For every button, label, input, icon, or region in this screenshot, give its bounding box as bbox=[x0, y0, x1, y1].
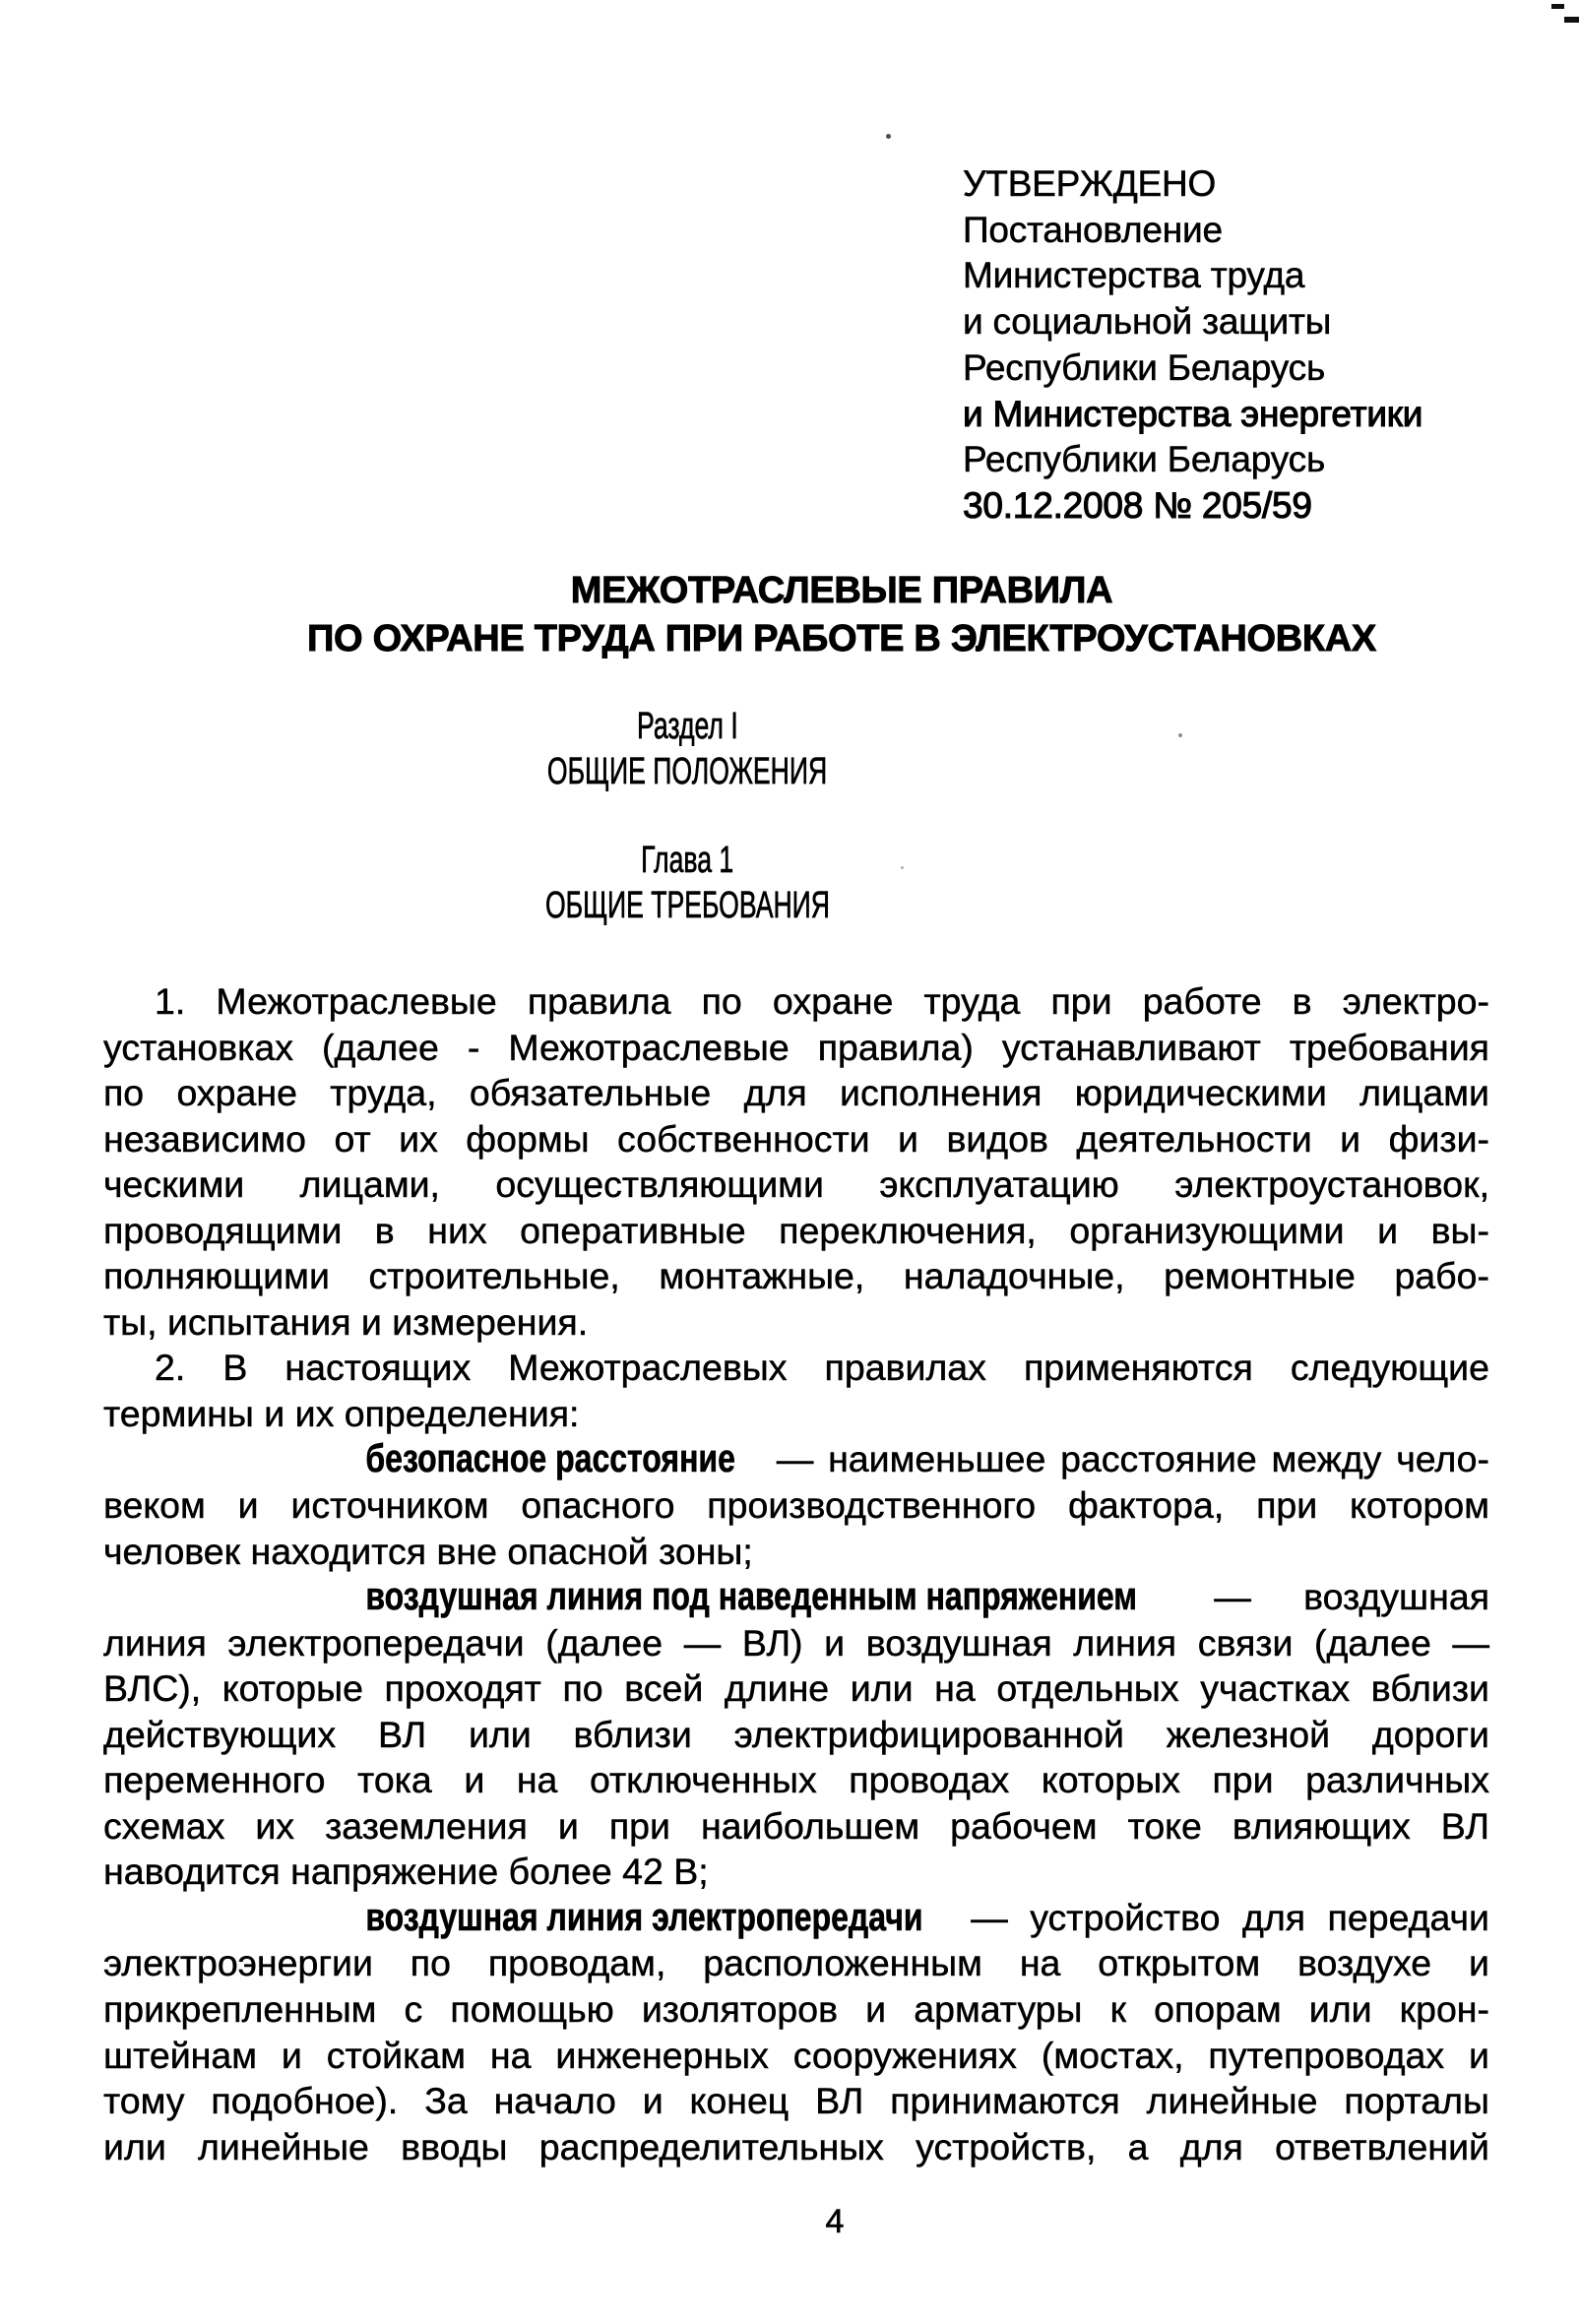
body-line: переменного тока и на отключенных провод… bbox=[103, 1757, 1489, 1803]
body-line: безопасное расстояние — наименьшее расст… bbox=[103, 1436, 1489, 1482]
body-line: человек находится вне опасной зоны; bbox=[103, 1529, 1489, 1575]
body-line: воздушная линия под наведенным напряжени… bbox=[103, 1574, 1489, 1620]
body-text: по охране труда, обязательные для исполн… bbox=[103, 1072, 1489, 1113]
body-line: термины и их определения: bbox=[103, 1391, 1489, 1437]
body-text: — наименьшее расстояние между чело- bbox=[762, 1438, 1489, 1479]
approval-line-date-number: 30.12.2008 № 205/59 bbox=[963, 483, 1422, 530]
section-label-text: Раздел I bbox=[637, 705, 738, 750]
document-body: 1. Межотраслевые правила по охране труда… bbox=[103, 978, 1489, 2169]
body-line: ты, испытания и измерения. bbox=[103, 1299, 1489, 1346]
body-line: проводящими в них оперативные переключен… bbox=[103, 1208, 1489, 1254]
body-text: ты, испытания и измерения. bbox=[103, 1301, 588, 1343]
body-line: воздушная линия электропередачи — устрой… bbox=[103, 1895, 1489, 1941]
chapter-label: Глава 1 bbox=[0, 839, 1374, 884]
section-title: ОБЩИЕ ПОЛОЖЕНИЯ bbox=[0, 750, 1374, 795]
scanned-document-page: УТВЕРЖДЕНО Постановление Министерства тр… bbox=[0, 0, 1580, 2324]
body-text: электроэнергии по проводам, расположенны… bbox=[103, 1942, 1489, 1983]
body-line: линия электропередачи (далее — ВЛ) и воз… bbox=[103, 1620, 1489, 1666]
body-text: 2. В настоящих Межотраслевых правилах пр… bbox=[155, 1347, 1489, 1388]
approval-line: и Министерства энергетики bbox=[963, 392, 1422, 438]
body-line: действующих ВЛ или вблизи электрифициров… bbox=[103, 1712, 1489, 1758]
approval-line: и социальной защиты bbox=[963, 299, 1422, 345]
body-line: ВЛС), которые проходят по всей длине или… bbox=[103, 1665, 1489, 1712]
body-line: электроэнергии по проводам, расположенны… bbox=[103, 1940, 1489, 1986]
body-text: переменного тока и на отключенных провод… bbox=[103, 1759, 1489, 1800]
body-text: проводящими в них оперативные переключен… bbox=[103, 1210, 1489, 1251]
defined-term: безопасное расстояние bbox=[249, 1436, 735, 1482]
section-heading: Раздел I ОБЩИЕ ПОЛОЖЕНИЯ bbox=[0, 705, 1374, 794]
scan-artifact-dash bbox=[1551, 4, 1564, 9]
body-text: полняющими строительные, монтажные, нала… bbox=[103, 1255, 1489, 1296]
body-text: прикрепленным с помощью изоляторов и арм… bbox=[103, 1988, 1489, 2030]
document-title-line: ПО ОХРАНЕ ТРУДА ПРИ РАБОТЕ В ЭЛЕКТРОУСТА… bbox=[148, 615, 1536, 663]
chapter-title: ОБЩИЕ ТРЕБОВАНИЯ bbox=[0, 884, 1374, 929]
body-line: схемах их заземления и при наибольшем ра… bbox=[103, 1803, 1489, 1850]
document-title-line: МЕЖОТРАСЛЕВЫЕ ПРАВИЛА bbox=[148, 567, 1536, 615]
body-line: веком и источником опасного производстве… bbox=[103, 1482, 1489, 1529]
chapter-label-text: Глава 1 bbox=[641, 839, 733, 884]
section-label: Раздел I bbox=[0, 705, 1374, 750]
body-text: термины и их определения: bbox=[103, 1393, 579, 1434]
body-text: установках (далее - Межотраслевые правил… bbox=[103, 1027, 1489, 1068]
body-text: — устройство для передачи bbox=[949, 1897, 1489, 1938]
body-text: штейнам и стойкам на инженерных сооружен… bbox=[103, 2035, 1489, 2076]
page-number: 4 bbox=[815, 2203, 854, 2241]
approval-line: УТВЕРЖДЕНО bbox=[963, 161, 1422, 208]
body-text: схемах их заземления и при наибольшем ра… bbox=[103, 1805, 1489, 1847]
body-text: действующих ВЛ или вблизи электрифициров… bbox=[103, 1714, 1489, 1755]
approval-stamp-block: УТВЕРЖДЕНО Постановление Министерства тр… bbox=[963, 161, 1422, 530]
approval-line: Республики Беларусь bbox=[963, 437, 1422, 483]
section-title-text: ОБЩИЕ ПОЛОЖЕНИЯ bbox=[547, 750, 827, 795]
body-line: ческими лицами, осуществляющими эксплуат… bbox=[103, 1162, 1489, 1208]
body-text: или линейные вводы распределительных уст… bbox=[103, 2126, 1489, 2167]
scan-artifact-dash bbox=[1564, 17, 1579, 23]
defined-term: воздушная линия электропередачи bbox=[249, 1895, 923, 1941]
body-line: штейнам и стойкам на инженерных сооружен… bbox=[103, 2033, 1489, 2079]
body-text: 1. Межотраслевые правила по охране труда… bbox=[155, 980, 1489, 1022]
scan-speck bbox=[886, 134, 891, 139]
body-text: — воздушная bbox=[1162, 1576, 1489, 1617]
body-line: установках (далее - Межотраслевые правил… bbox=[103, 1025, 1489, 1071]
body-line: полняющими строительные, монтажные, нала… bbox=[103, 1253, 1489, 1299]
body-text: независимо от их формы собственности и в… bbox=[103, 1118, 1489, 1160]
approval-line: Министерства труда bbox=[963, 253, 1422, 299]
body-line: прикрепленным с помощью изоляторов и арм… bbox=[103, 1986, 1489, 2033]
defined-term: воздушная линия под наведенным напряжени… bbox=[249, 1574, 1137, 1620]
body-text: человек находится вне опасной зоны; bbox=[103, 1531, 753, 1572]
body-text: ческими лицами, осуществляющими эксплуат… bbox=[103, 1163, 1489, 1205]
body-text: тому подобное). За начало и конец ВЛ при… bbox=[103, 2080, 1489, 2121]
body-line: 1. Межотраслевые правила по охране труда… bbox=[103, 978, 1489, 1025]
body-text: линия электропередачи (далее — ВЛ) и воз… bbox=[103, 1622, 1489, 1664]
approval-line: Постановление bbox=[963, 208, 1422, 254]
chapter-heading: Глава 1 ОБЩИЕ ТРЕБОВАНИЯ bbox=[0, 839, 1374, 928]
body-line: по охране труда, обязательные для исполн… bbox=[103, 1070, 1489, 1116]
document-title: МЕЖОТРАСЛЕВЫЕ ПРАВИЛА ПО ОХРАНЕ ТРУДА ПР… bbox=[148, 567, 1536, 663]
chapter-title-text: ОБЩИЕ ТРЕБОВАНИЯ bbox=[544, 884, 829, 929]
body-text: наводится напряжение более 42 В; bbox=[103, 1851, 709, 1892]
body-text: веком и источником опасного производстве… bbox=[103, 1484, 1489, 1526]
approval-line: Республики Беларусь bbox=[963, 345, 1422, 392]
body-line: или линейные вводы распределительных уст… bbox=[103, 2124, 1489, 2170]
body-line: тому подобное). За начало и конец ВЛ при… bbox=[103, 2078, 1489, 2124]
body-line: наводится напряжение более 42 В; bbox=[103, 1849, 1489, 1895]
body-line: 2. В настоящих Межотраслевых правилах пр… bbox=[103, 1345, 1489, 1391]
body-line: независимо от их формы собственности и в… bbox=[103, 1116, 1489, 1162]
body-text: ВЛС), которые проходят по всей длине или… bbox=[103, 1667, 1489, 1709]
